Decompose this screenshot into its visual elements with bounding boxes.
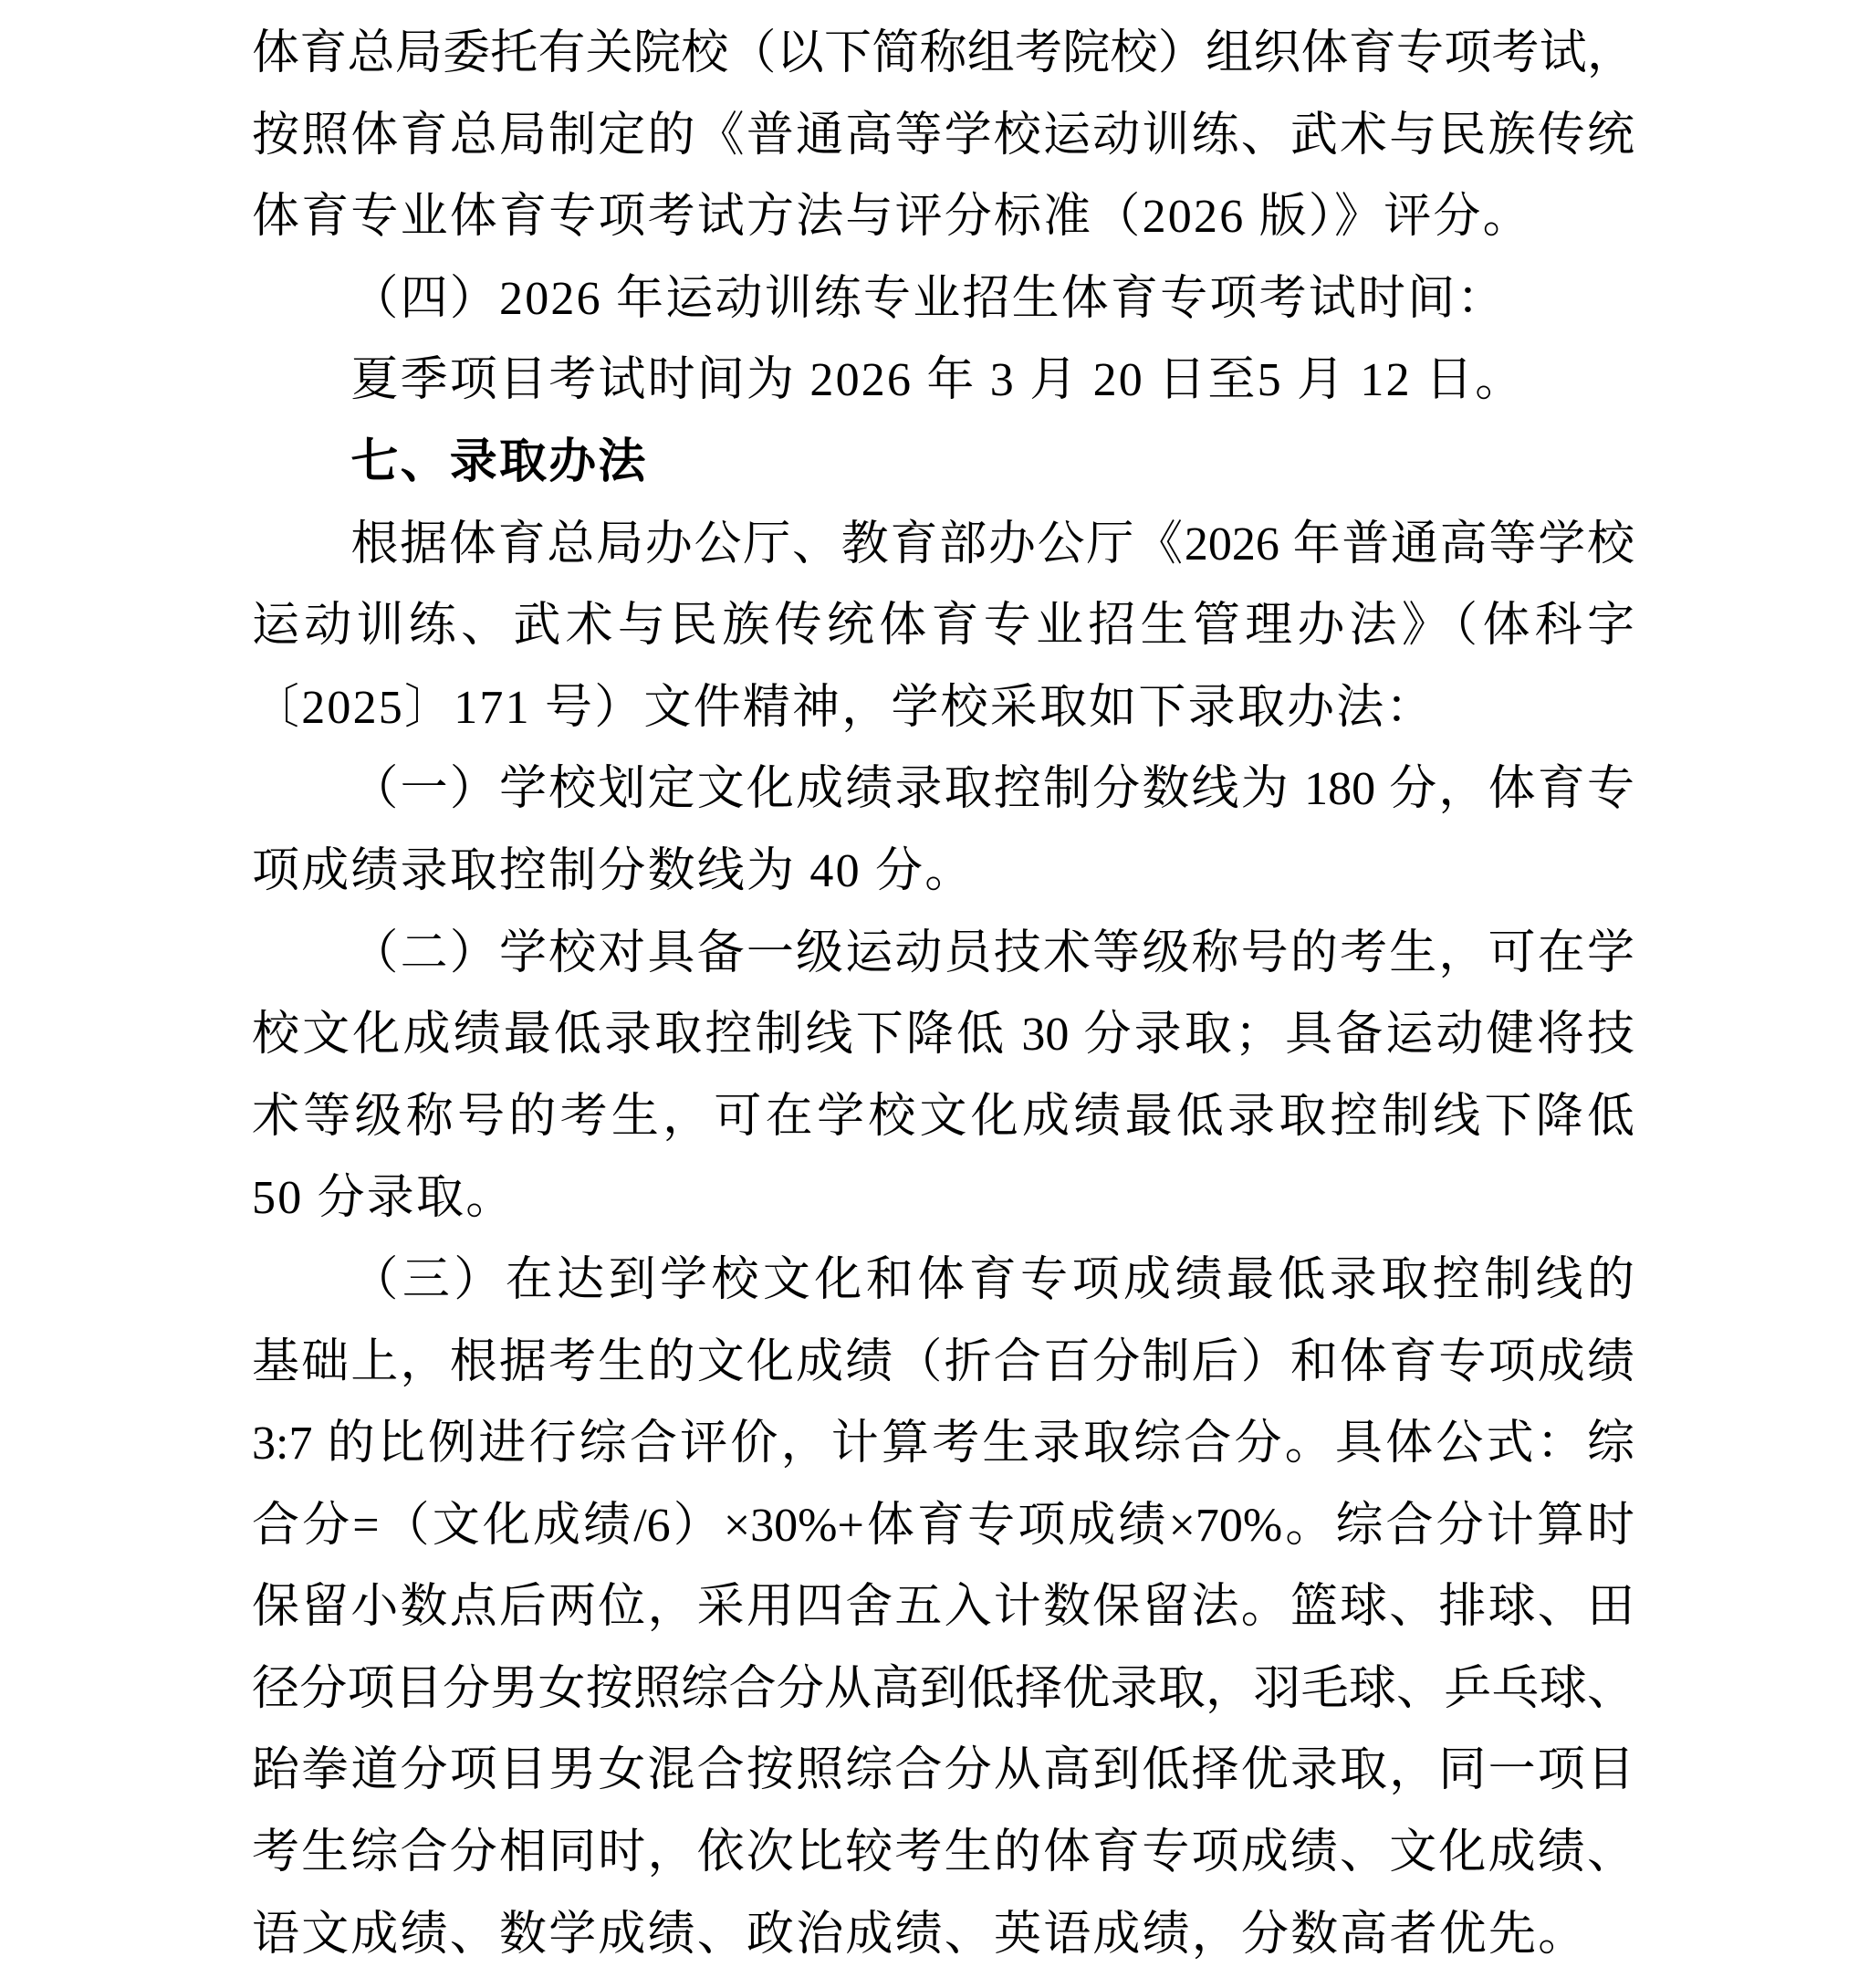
text-line: 径分项目分男女按照综合分从高到低择优录取，羽毛球、乒乓球、 — [252, 1648, 1634, 1731]
text-line: 3:7 的比例进行综合评价，计算考生录取综合分。具体公式：综 — [252, 1403, 1634, 1485]
text-line: （一）学校划定文化成绩录取控制分数线为 180 分，体育专 — [252, 748, 1634, 831]
text-line: 校文化成绩最低录取控制线下降低 30 分录取；具备运动健将技 — [252, 994, 1634, 1076]
text-line: 体育专业体育专项考试方法与评分标准（2026 版）》评分。 — [252, 176, 1634, 258]
text-line: 语文成绩、数学成绩、政治成绩、英语成绩，分数高者优先。 — [252, 1894, 1634, 1976]
text-line: 项成绩录取控制分数线为 40 分。 — [252, 831, 1634, 913]
paragraph-exam-time-item: （四）2026 年运动训练专业招生体育专项考试时间： — [252, 258, 1634, 340]
text-line: 按照体育总局制定的《普通高等学校运动训练、武术与民族传统 — [252, 95, 1634, 177]
text-line: 根据体育总局办公厅、教育部办公厅《2026 年普通高等学校 — [252, 504, 1634, 586]
paragraph-admission-intro: 根据体育总局办公厅、教育部办公厅《2026 年普通高等学校 运动训练、武术与民族… — [252, 504, 1634, 749]
text-line: 跆拳道分项目男女混合按照综合分从高到低择优录取，同一项目 — [252, 1730, 1634, 1812]
text-line: （三）在达到学校文化和体育专项成绩最低录取控制线的 — [252, 1240, 1634, 1322]
paragraph-admission-item-3: （三）在达到学校文化和体育专项成绩最低录取控制线的 基础上，根据考生的文化成绩（… — [252, 1240, 1634, 1975]
text-line: 考生综合分相同时，依次比较考生的体育专项成绩、文化成绩、 — [252, 1812, 1634, 1894]
section-heading: 七、录取办法 — [252, 422, 1634, 504]
paragraph-summer-exam-time: 夏季项目考试时间为 2026 年 3 月 20 日至5 月 12 日。 — [252, 340, 1634, 422]
document-body: 体育总局委托有关院校（以下简称组考院校）组织体育专项考试， 按照体育总局制定的《… — [252, 13, 1634, 1975]
text-line: 基础上，根据考生的文化成绩（折合百分制后）和体育专项成绩 — [252, 1322, 1634, 1404]
paragraph-exam-organization: 体育总局委托有关院校（以下简称组考院校）组织体育专项考试， 按照体育总局制定的《… — [252, 13, 1634, 258]
text-line: （四）2026 年运动训练专业招生体育专项考试时间： — [252, 258, 1634, 340]
paragraph-admission-item-1: （一）学校划定文化成绩录取控制分数线为 180 分，体育专 项成绩录取控制分数线… — [252, 748, 1634, 912]
text-line: 体育总局委托有关院校（以下简称组考院校）组织体育专项考试， — [252, 13, 1634, 95]
text-line: （二）学校对具备一级运动员技术等级称号的考生，可在学 — [252, 913, 1634, 995]
text-line: 保留小数点后两位，采用四舍五入计数保留法。篮球、排球、田 — [252, 1566, 1634, 1648]
text-line: 合分=（文化成绩/6）×30%+体育专项成绩×70%。综合分计算时 — [252, 1485, 1634, 1567]
text-line: 运动训练、武术与民族传统体育专业招生管理办法》（体科字 — [252, 585, 1634, 667]
text-line: 夏季项目考试时间为 2026 年 3 月 20 日至5 月 12 日。 — [252, 340, 1634, 422]
text-line: 术等级称号的考生，可在学校文化成绩最低录取控制线下降低 — [252, 1076, 1634, 1158]
document-page: 体育总局委托有关院校（以下简称组考院校）组织体育专项考试， 按照体育总局制定的《… — [0, 0, 1869, 1988]
paragraph-admission-item-2: （二）学校对具备一级运动员技术等级称号的考生，可在学 校文化成绩最低录取控制线下… — [252, 913, 1634, 1240]
text-line: 50 分录取。 — [252, 1157, 1634, 1240]
text-line: 〔2025〕171 号）文件精神，学校采取如下录取办法： — [252, 667, 1634, 749]
